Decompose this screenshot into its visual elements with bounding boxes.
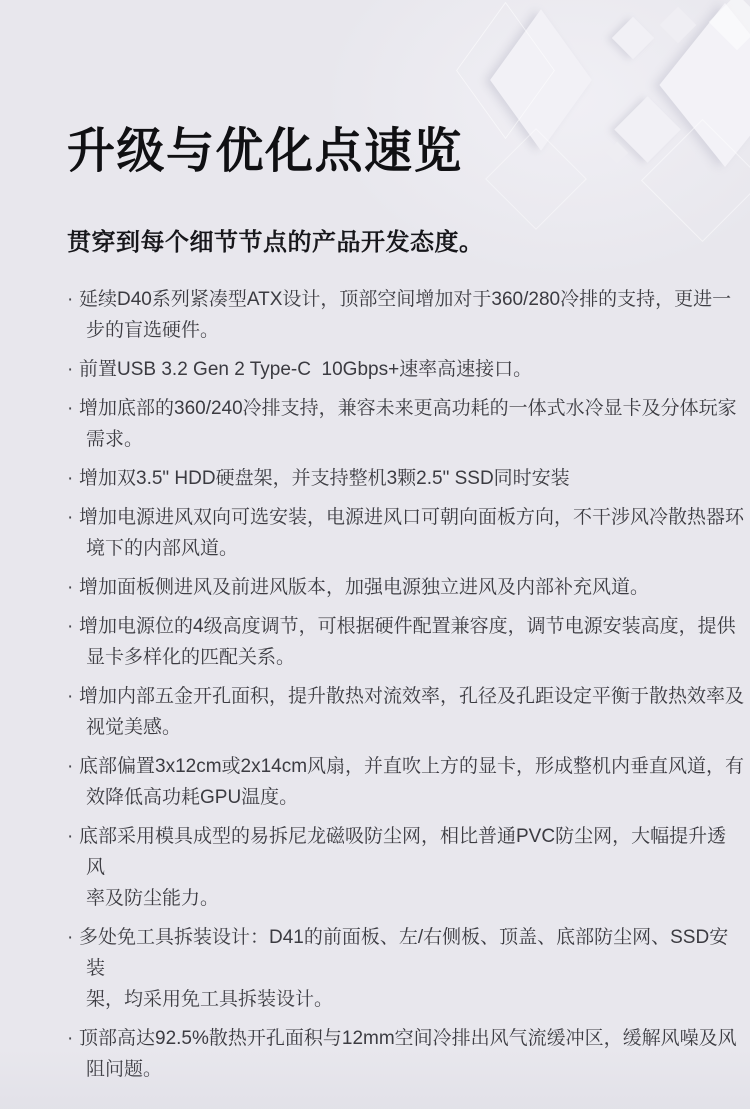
page-subtitle: 贯穿到每个细节节点的产品开发态度。 <box>67 227 484 259</box>
diamond-shape <box>614 96 680 162</box>
bullet-marker: · <box>67 354 73 385</box>
list-item-text: 底部偏置3x12cm或2x14cm风扇，并直吹上方的显卡，形成整机内垂直风道，有… <box>79 756 744 808</box>
bullet-marker: · <box>67 463 73 494</box>
bullet-marker: · <box>67 681 73 712</box>
list-item: ·增加面板侧进风及前进风版本，加强电源独立进风及内部补充风道。 <box>55 572 745 603</box>
list-item: ·增加双3.5" HDD硬盘架，并支持整机3颗2.5" SSD同时安装 <box>55 463 745 494</box>
feature-list: ·延续D40系列紧凑型ATX设计，顶部空间增加对于360/280冷排的支持，更进… <box>55 284 745 1085</box>
bullet-marker: · <box>67 502 73 533</box>
diamond-outline-shape <box>641 119 750 242</box>
bullet-marker: · <box>67 821 73 852</box>
diamond-outline-shape <box>485 128 587 230</box>
list-item: ·增加电源进风双向可选安装，电源进风口可朝向面板方向，不干涉风冷散热器环 境下的… <box>55 502 745 564</box>
diamond-shape <box>612 17 654 59</box>
list-item-text: 延续D40系列紧凑型ATX设计，顶部空间增加对于360/280冷排的支持，更进一… <box>79 289 731 341</box>
bullet-marker: · <box>67 284 73 315</box>
bullet-marker: · <box>67 1023 73 1054</box>
bullet-marker: · <box>67 751 73 782</box>
bullet-marker: · <box>67 922 73 953</box>
list-item-text: 顶部高达92.5%散热开孔面积与12mm空间冷排出风气流缓冲区，缓解风噪及风 阻… <box>79 1028 737 1080</box>
diamond-shape <box>659 3 750 167</box>
list-item-text: 增加电源进风双向可选安装，电源进风口可朝向面板方向，不干涉风冷散热器环 境下的内… <box>79 507 744 559</box>
promo-page: 升级与优化点速览 贯穿到每个细节节点的产品开发态度。 ·延续D40系列紧凑型AT… <box>0 0 750 1109</box>
list-item-text: 底部采用模具成型的易拆尼龙磁吸防尘网，相比普通PVC防尘网，大幅提升透风 率及防… <box>79 826 726 909</box>
list-item: ·底部偏置3x12cm或2x14cm风扇，并直吹上方的显卡，形成整机内垂直风道，… <box>55 751 745 813</box>
list-item: ·延续D40系列紧凑型ATX设计，顶部空间增加对于360/280冷排的支持，更进… <box>55 284 745 346</box>
diamond-shape <box>660 7 697 44</box>
list-item-text: 增加电源位的4级高度调节，可根据硬件配置兼容度，调节电源安装高度，提供 显卡多样… <box>79 616 736 668</box>
list-item-text: 多处免工具拆装设计：D41的前面板、左/右侧板、顶盖、底部防尘网、SSD安装 架… <box>79 927 728 1010</box>
diamond-shape <box>606 142 629 165</box>
page-title: 升级与优化点速览 <box>67 126 463 178</box>
list-item-text: 增加底部的360/240冷排支持，兼容未来更高功耗的一体式水冷显卡及分体玩家 需… <box>79 398 737 450</box>
list-item: ·增加底部的360/240冷排支持，兼容未来更高功耗的一体式水冷显卡及分体玩家 … <box>55 393 745 455</box>
list-item: ·多处免工具拆装设计：D41的前面板、左/右侧板、顶盖、底部防尘网、SSD安装 … <box>55 922 745 1015</box>
list-item-text: 增加双3.5" HDD硬盘架，并支持整机3颗2.5" SSD同时安装 <box>79 468 570 489</box>
list-item: ·增加内部五金开孔面积，提升散热对流效率，孔径及孔距设定平衡于散热效率及 视觉美… <box>55 681 745 743</box>
list-item-text: 前置USB 3.2 Gen 2 Type-C 10Gbps+速率高速接口。 <box>79 359 532 380</box>
list-item-text: 增加内部五金开孔面积，提升散热对流效率，孔径及孔距设定平衡于散热效率及 视觉美感… <box>79 686 744 738</box>
list-item: ·顶部高达92.5%散热开孔面积与12mm空间冷排出风气流缓冲区，缓解风噪及风 … <box>55 1023 745 1085</box>
bullet-marker: · <box>67 572 73 603</box>
bullet-marker: · <box>67 611 73 642</box>
diamond-outline-shape <box>456 2 555 139</box>
list-item: ·前置USB 3.2 Gen 2 Type-C 10Gbps+速率高速接口。 <box>55 354 745 385</box>
list-item: ·底部采用模具成型的易拆尼龙磁吸防尘网，相比普通PVC防尘网，大幅提升透风 率及… <box>55 821 745 914</box>
diamond-shape <box>490 9 592 150</box>
list-item: ·增加电源位的4级高度调节，可根据硬件配置兼容度，调节电源安装高度，提供 显卡多… <box>55 611 745 673</box>
diamond-shape <box>709 0 750 50</box>
bullet-marker: · <box>67 393 73 424</box>
list-item-text: 增加面板侧进风及前进风版本，加强电源独立进风及内部补充风道。 <box>79 577 649 598</box>
